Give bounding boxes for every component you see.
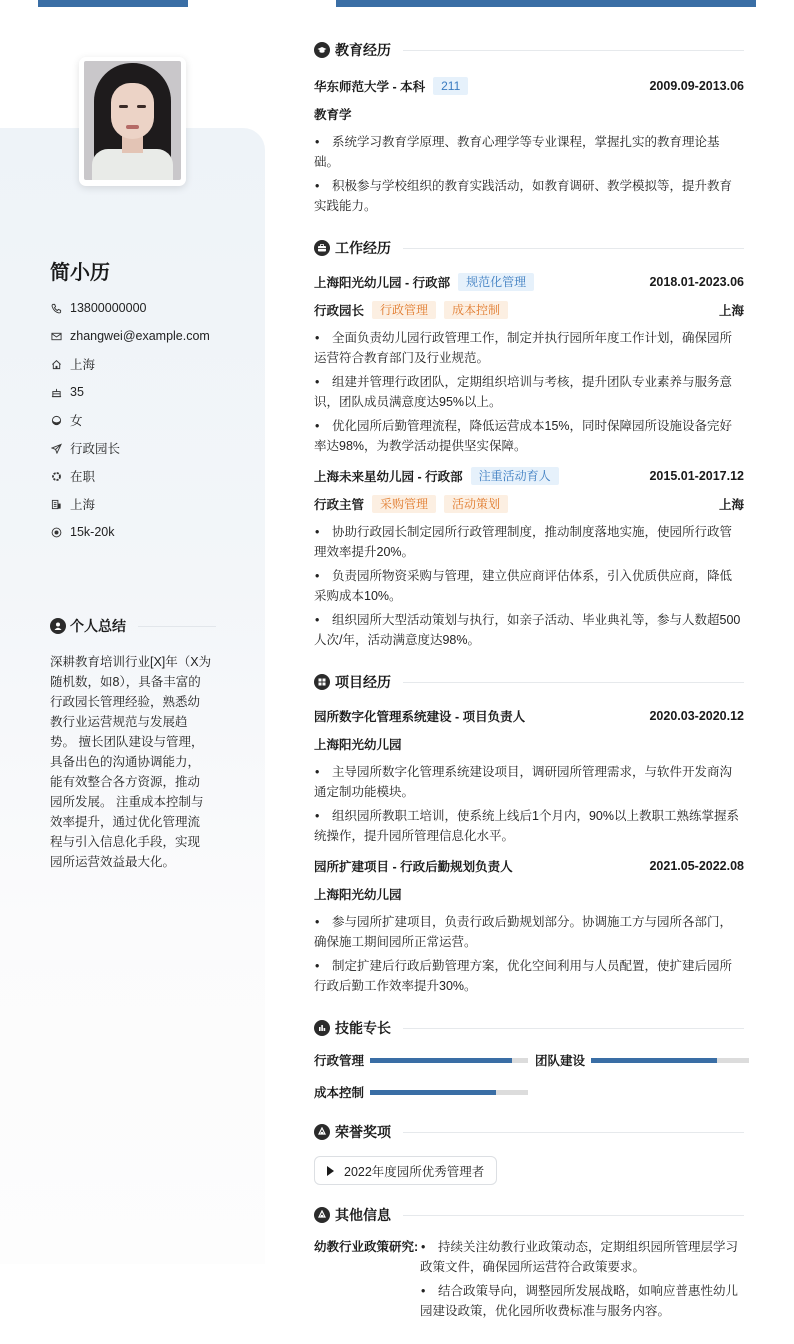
other-section-title: 其他信息 bbox=[314, 1203, 744, 1227]
skills-section-title: 技能专长 bbox=[314, 1016, 744, 1040]
contact-age: 35 bbox=[50, 378, 210, 406]
age-icon bbox=[50, 386, 62, 398]
work-entry-header: 上海未来星幼儿园 - 行政部注重活动育人 2015.01-2017.12 bbox=[314, 462, 744, 490]
work-period: 2015.01-2017.12 bbox=[649, 469, 744, 483]
avatar bbox=[79, 57, 186, 186]
work-section-title: 工作经历 bbox=[314, 236, 744, 260]
skill-name: 行政管理 bbox=[314, 1051, 370, 1069]
education-section-title: 教育经历 bbox=[314, 38, 744, 62]
project-org: 上海阳光幼儿园 bbox=[314, 885, 402, 903]
school-tag: 211 bbox=[433, 77, 468, 95]
list-item: •积极参与学校组织的教育实践活动，如教育调研、教学模拟等，提升教育实践能力。 bbox=[314, 176, 744, 216]
skills-list: 行政管理 团队建设 成本控制 bbox=[314, 1050, 744, 1102]
project-period: 2020.03-2020.12 bbox=[649, 709, 744, 723]
bar-chart-icon bbox=[314, 1020, 330, 1036]
contact-email: zhangwei@example.com bbox=[50, 322, 210, 350]
top-accent-bar-left bbox=[38, 0, 188, 7]
skill-item: 行政管理 bbox=[314, 1050, 535, 1070]
skill-item: 成本控制 bbox=[314, 1082, 535, 1102]
top-accent-bar-right bbox=[336, 0, 756, 7]
work-bullets: •协助行政园长制定园所行政管理制度，推动制度落地实施，使园所行政管理效率提升20… bbox=[314, 522, 744, 650]
contact-location: 上海 bbox=[50, 350, 210, 378]
education-entry: 华东师范大学 - 本科211 2009.09-2013.06 教育学 •系统学习… bbox=[314, 72, 744, 216]
contact-salary-value: 15k-20k bbox=[70, 525, 114, 539]
divider bbox=[403, 1132, 744, 1133]
profile-photo bbox=[84, 61, 181, 180]
list-item: •组织园所大型活动策划与执行，如亲子活动、毕业典礼等，参与人数超500人次/年，… bbox=[314, 610, 744, 650]
grid-icon bbox=[314, 674, 330, 690]
skill-name: 团队建设 bbox=[535, 1051, 591, 1069]
role: 行政园长 bbox=[314, 301, 364, 319]
list-item: •负责园所物资采购与管理，建立供应商评估体系，引入优质供应商，降低采购成本10%… bbox=[314, 566, 744, 606]
skill-tag: 采购管理 bbox=[372, 495, 436, 513]
list-item: •协助行政园长制定园所行政管理制度，推动制度落地实施，使园所行政管理效率提升20… bbox=[314, 522, 744, 562]
divider bbox=[403, 682, 744, 683]
contact-list: 13800000000 zhangwei@example.com 上海 35 女… bbox=[50, 294, 210, 546]
list-item: •组建并管理行政团队，定期组织培训与考核，提升团队专业素养与服务意识，团队成员满… bbox=[314, 372, 744, 412]
award-text: 2022年度园所优秀管理者 bbox=[344, 1162, 484, 1180]
other-bullets: •持续关注幼教行业政策动态，定期组织园所管理层学习政策文件，确保园所运营符合政策… bbox=[420, 1237, 744, 1325]
education-bullets: •系统学习教育学原理、教育心理学等专业课程，掌握扎实的教育理论基础。 •积极参与… bbox=[314, 132, 744, 216]
briefcase-icon bbox=[314, 240, 330, 256]
home-icon bbox=[50, 358, 62, 370]
list-item: •结合政策导向，调整园所发展战略，如响应普惠性幼儿园建设政策，优化园所收费标准与… bbox=[420, 1281, 744, 1321]
list-item: •主导园所数字化管理系统建设项目，调研园所管理需求，与软件开发商沟通定制功能模块… bbox=[314, 762, 744, 802]
project-org: 上海阳光幼儿园 bbox=[314, 735, 402, 753]
skill-bar bbox=[370, 1090, 528, 1095]
graduation-cap-icon bbox=[314, 42, 330, 58]
salary-icon bbox=[50, 526, 62, 538]
work-bullets: •全面负责幼儿园行政管理工作，制定并执行园所年度工作计划，确保园所运营符合教育部… bbox=[314, 328, 744, 456]
divider bbox=[403, 1028, 744, 1029]
education-period: 2009.09-2013.06 bbox=[649, 79, 744, 93]
skill-bar bbox=[591, 1058, 749, 1063]
work-period: 2018.01-2023.06 bbox=[649, 275, 744, 289]
contact-gender: 女 bbox=[50, 406, 210, 434]
building-icon bbox=[50, 498, 62, 510]
other-item: 幼教行业政策研究: •持续关注幼教行业政策动态，定期组织园所管理层学习政策文件，… bbox=[314, 1237, 744, 1325]
skill-tag: 行政管理 bbox=[372, 301, 436, 319]
major: 教育学 bbox=[314, 105, 352, 123]
work-title: 工作经历 bbox=[335, 238, 391, 258]
education-title: 教育经历 bbox=[335, 40, 391, 60]
phone-icon bbox=[50, 302, 62, 314]
work-location: 上海 bbox=[719, 495, 744, 513]
list-item: •全面负责幼儿园行政管理工作，制定并执行园所年度工作计划，确保园所运营符合教育部… bbox=[314, 328, 744, 368]
skill-item: 团队建设 bbox=[535, 1050, 755, 1070]
other-key: 幼教行业政策研究: bbox=[314, 1237, 420, 1325]
company-tag: 注重活动育人 bbox=[471, 467, 559, 485]
work-location: 上海 bbox=[719, 301, 744, 319]
project-bullets: •参与园所扩建项目，负责行政后勤规划部分。协调施工方与园所各部门，确保施工期间园… bbox=[314, 912, 744, 996]
contact-city-value: 上海 bbox=[70, 495, 95, 513]
contact-email-value: zhangwei@example.com bbox=[70, 329, 210, 343]
work-role-row: 行政主管采购管理活动策划 上海 bbox=[314, 490, 744, 518]
skill-bar bbox=[370, 1058, 528, 1063]
education-entry-header: 华东师范大学 - 本科211 2009.09-2013.06 bbox=[314, 72, 744, 100]
company-tag: 规范化管理 bbox=[458, 273, 534, 291]
awards-title: 荣誉奖项 bbox=[335, 1122, 391, 1142]
user-icon bbox=[50, 618, 66, 634]
project-period: 2021.05-2022.08 bbox=[649, 859, 744, 873]
contact-position: 行政园长 bbox=[50, 434, 210, 462]
other-title: 其他信息 bbox=[335, 1205, 391, 1225]
contact-location-value: 上海 bbox=[70, 355, 95, 373]
mail-icon bbox=[50, 330, 62, 342]
skill-bar-fill bbox=[370, 1058, 512, 1063]
work-role-row: 行政园长行政管理成本控制 上海 bbox=[314, 296, 744, 324]
send-icon bbox=[50, 442, 62, 454]
status-icon bbox=[50, 470, 62, 482]
list-item: •参与园所扩建项目，负责行政后勤规划部分。协调施工方与园所各部门，确保施工期间园… bbox=[314, 912, 744, 952]
school-name: 华东师范大学 - 本科 bbox=[314, 77, 425, 95]
list-item: •优化园所后勤管理流程，降低运营成本15%，同时保障园所设施设备完好率达98%，… bbox=[314, 416, 744, 456]
skill-tag: 活动策划 bbox=[444, 495, 508, 513]
contact-phone: 13800000000 bbox=[50, 294, 210, 322]
project-entry-header: 园所数字化管理系统建设 - 项目负责人 2020.03-2020.12 bbox=[314, 702, 744, 730]
divider bbox=[403, 248, 744, 249]
contact-age-value: 35 bbox=[70, 385, 84, 399]
company-name: 上海未来星幼儿园 - 行政部 bbox=[314, 467, 463, 485]
project-name: 园所数字化管理系统建设 - 项目负责人 bbox=[314, 707, 525, 725]
contact-status-value: 在职 bbox=[70, 467, 95, 485]
divider bbox=[403, 1215, 744, 1216]
list-item: •制定扩建后行政后勤管理方案，优化空间利用与人员配置，使扩建后园所行政后勤工作效… bbox=[314, 956, 744, 996]
skills-title: 技能专长 bbox=[335, 1018, 391, 1038]
project-org-row: 上海阳光幼儿园 bbox=[314, 880, 744, 908]
summary-section-title: 个人总结 bbox=[50, 616, 216, 636]
projects-section-title: 项目经历 bbox=[314, 670, 744, 694]
divider bbox=[403, 50, 744, 51]
project-bullets: •主导园所数字化管理系统建设项目，调研园所管理需求，与软件开发商沟通定制功能模块… bbox=[314, 762, 744, 846]
awards-section-title: 荣誉奖项 bbox=[314, 1120, 744, 1144]
contact-city: 上海 bbox=[50, 490, 210, 518]
list-item: •系统学习教育学原理、教育心理学等专业课程，掌握扎实的教育理论基础。 bbox=[314, 132, 744, 172]
divider bbox=[138, 626, 216, 627]
award-item: 2022年度园所优秀管理者 bbox=[314, 1156, 497, 1185]
role: 行政主管 bbox=[314, 495, 364, 513]
summary-text: 深耕教育培训行业[X]年（X为随机数，如8），具备丰富的行政园长管理经验，熟悉幼… bbox=[50, 652, 212, 872]
project-entry: 园所扩建项目 - 行政后勤规划负责人 2021.05-2022.08 上海阳光幼… bbox=[314, 852, 744, 996]
skill-bar-fill bbox=[370, 1090, 496, 1095]
gender-icon bbox=[50, 414, 62, 426]
projects-title: 项目经历 bbox=[335, 672, 391, 692]
project-name: 园所扩建项目 - 行政后勤规划负责人 bbox=[314, 857, 513, 875]
contact-salary: 15k-20k bbox=[50, 518, 210, 546]
list-item: •持续关注幼教行业政策动态，定期组织园所管理层学习政策文件，确保园所运营符合政策… bbox=[420, 1237, 744, 1277]
work-entry-header: 上海阳光幼儿园 - 行政部规范化管理 2018.01-2023.06 bbox=[314, 268, 744, 296]
skill-name: 成本控制 bbox=[314, 1083, 370, 1101]
project-entry-header: 园所扩建项目 - 行政后勤规划负责人 2021.05-2022.08 bbox=[314, 852, 744, 880]
skill-bar-fill bbox=[591, 1058, 717, 1063]
profile-name: 简小历 bbox=[50, 256, 110, 285]
play-icon bbox=[327, 1166, 334, 1176]
info-icon bbox=[314, 1207, 330, 1223]
contact-status: 在职 bbox=[50, 462, 210, 490]
list-item: •组织园所教职工培训，使系统上线后1个月内，90%以上教职工熟练掌握系统操作，提… bbox=[314, 806, 744, 846]
work-entry: 上海未来星幼儿园 - 行政部注重活动育人 2015.01-2017.12 行政主… bbox=[314, 462, 744, 650]
project-org-row: 上海阳光幼儿园 bbox=[314, 730, 744, 758]
company-name: 上海阳光幼儿园 - 行政部 bbox=[314, 273, 450, 291]
education-major-row: 教育学 bbox=[314, 100, 744, 128]
project-entry: 园所数字化管理系统建设 - 项目负责人 2020.03-2020.12 上海阳光… bbox=[314, 702, 744, 846]
contact-position-value: 行政园长 bbox=[70, 439, 120, 457]
main-content: 教育经历 华东师范大学 - 本科211 2009.09-2013.06 教育学 … bbox=[314, 38, 744, 1325]
summary-title: 个人总结 bbox=[70, 616, 126, 636]
award-icon bbox=[314, 1124, 330, 1140]
contact-gender-value: 女 bbox=[70, 411, 83, 429]
skill-tag: 成本控制 bbox=[444, 301, 508, 319]
work-entry: 上海阳光幼儿园 - 行政部规范化管理 2018.01-2023.06 行政园长行… bbox=[314, 268, 744, 456]
contact-phone-value: 13800000000 bbox=[70, 301, 146, 315]
